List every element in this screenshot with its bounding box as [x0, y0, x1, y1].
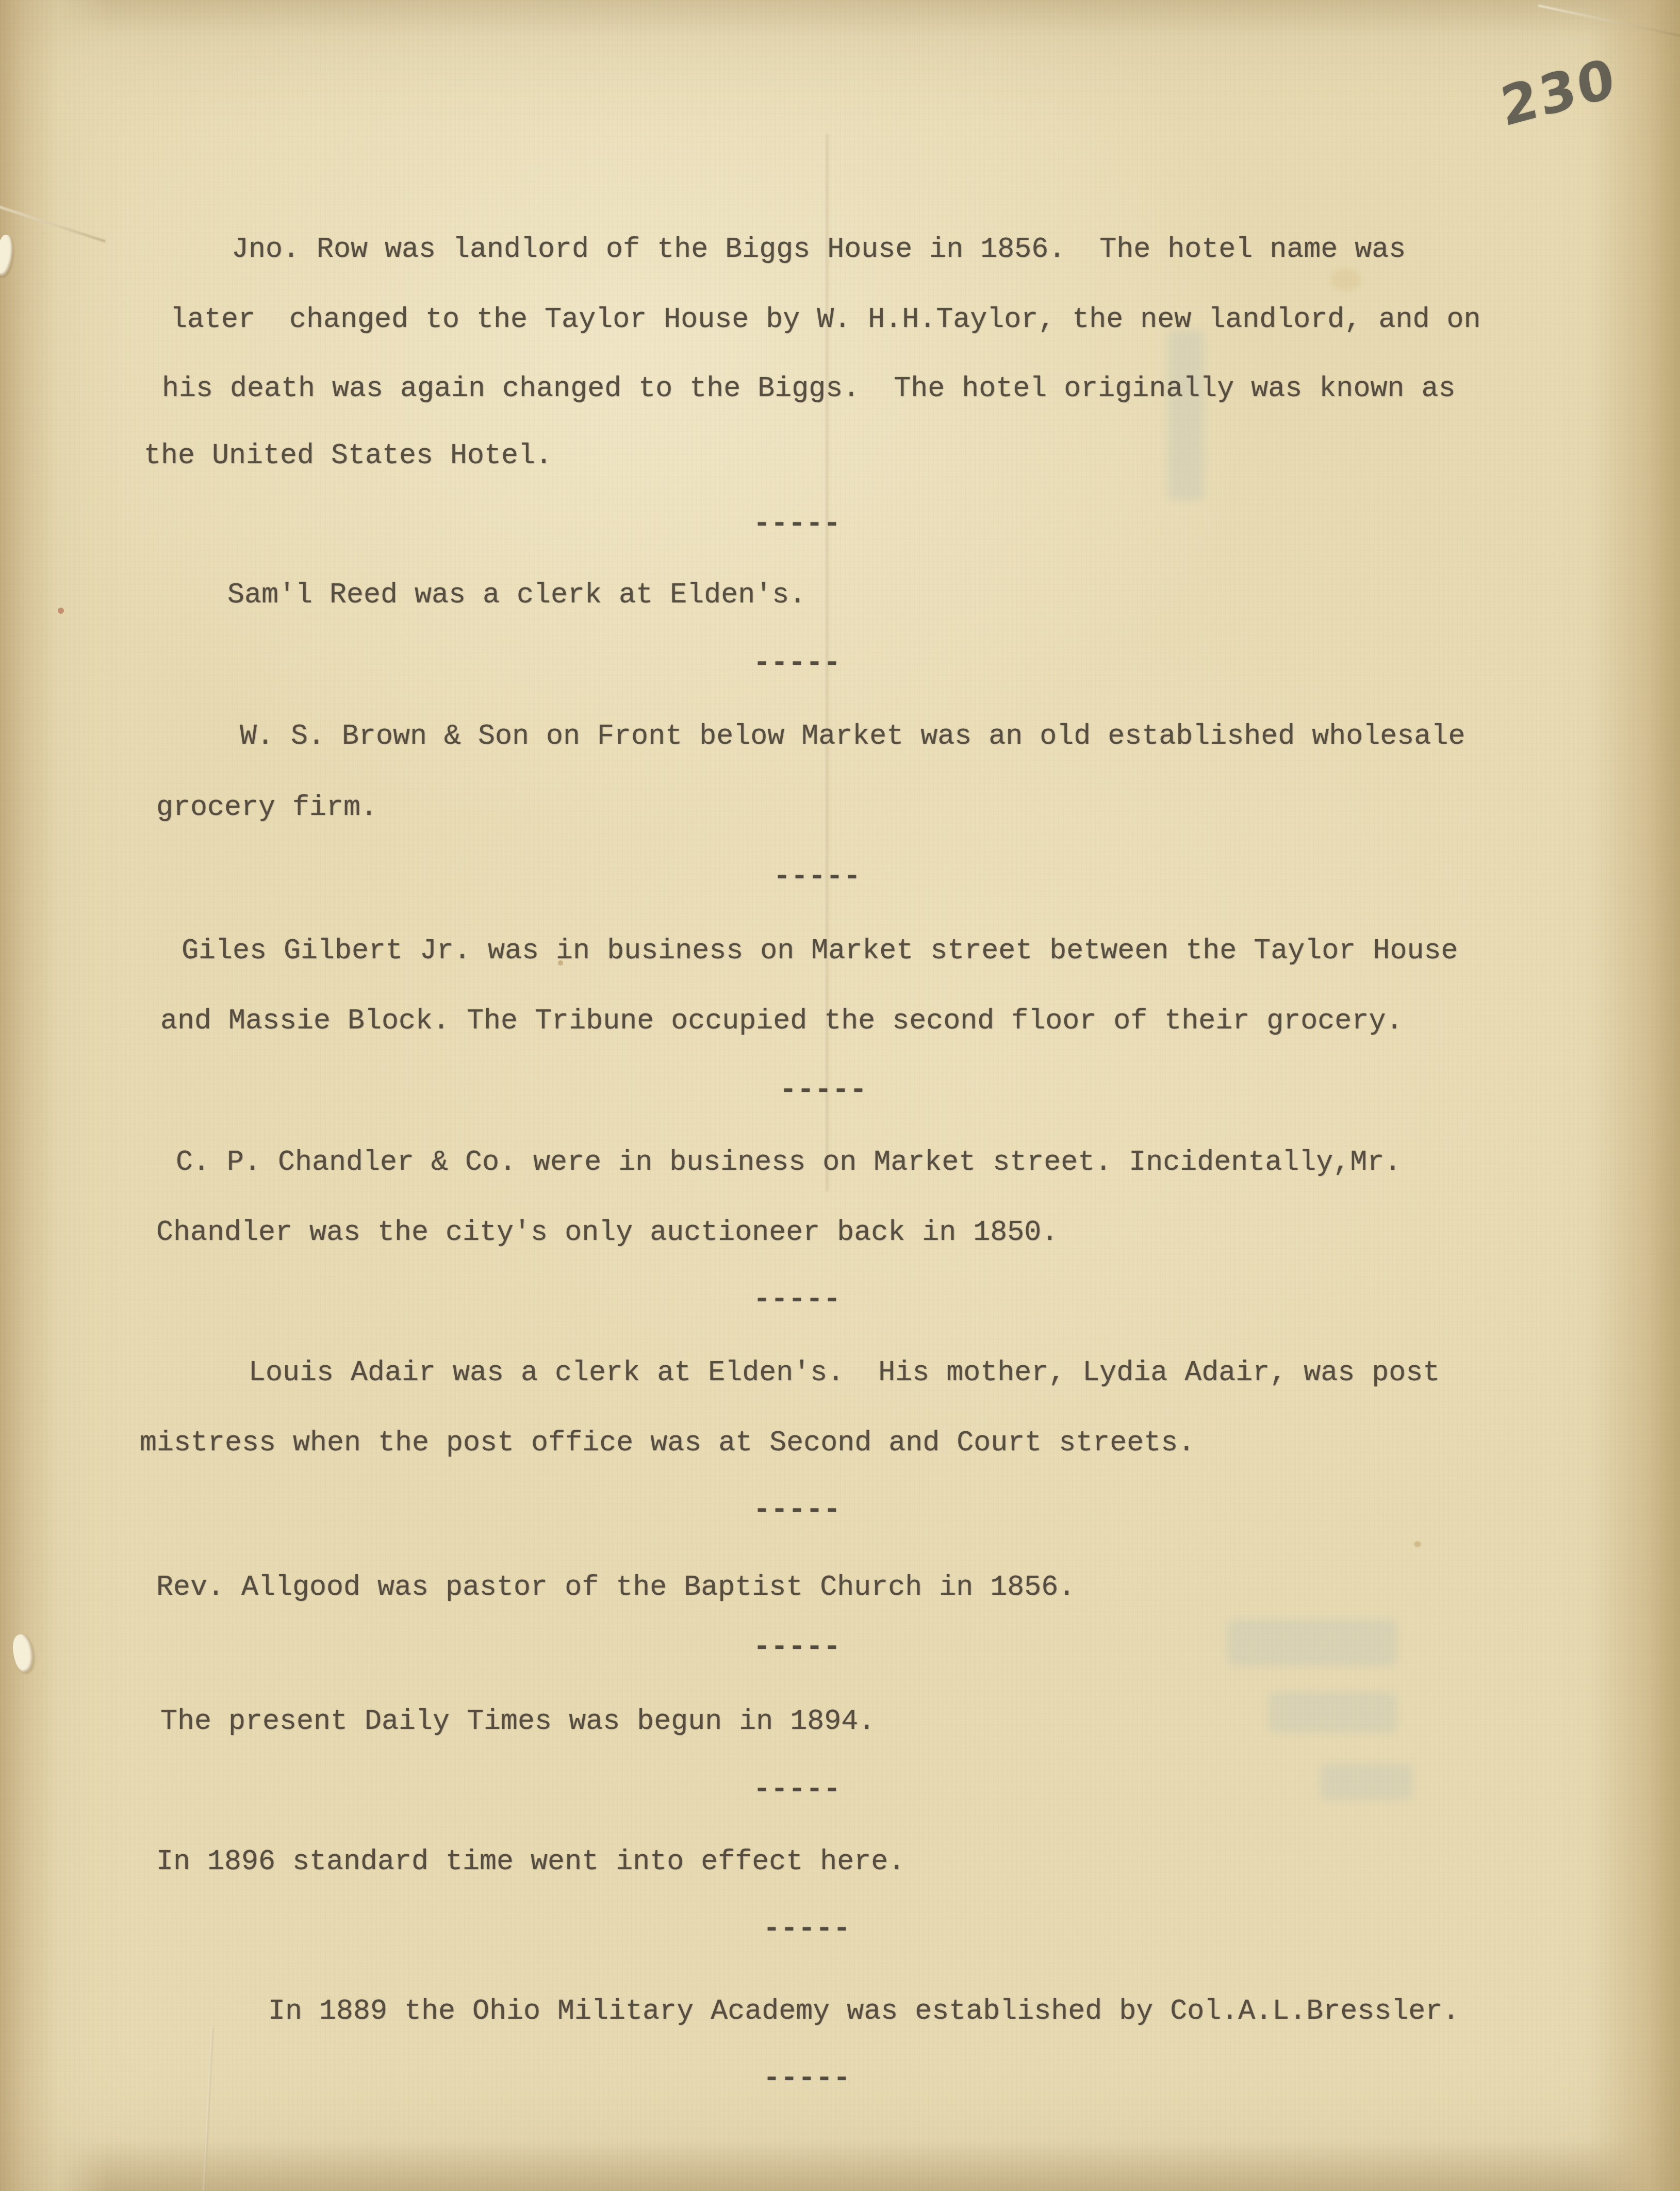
document-page: 230 Jno. Row was landlord of the Biggs H…	[0, 0, 1680, 2191]
typed-line: Giles Gilbert Jr. was in business on Mar…	[182, 935, 1458, 967]
top-right-corner-crease	[1538, 5, 1680, 39]
section-separator: -----	[763, 2064, 851, 2092]
paper-speck-brown-2	[1414, 1541, 1421, 1547]
typed-line: grocery firm.	[156, 791, 377, 824]
section-separator: -----	[763, 1915, 851, 1943]
typed-line: C. P. Chandler & Co. were in business on…	[176, 1146, 1401, 1179]
typed-line: The present Daily Times was begun in 189…	[160, 1705, 875, 1738]
typed-line: his death was again changed to the Biggs…	[162, 372, 1455, 405]
typed-line: the United States Hotel.	[144, 439, 552, 472]
typed-line: In 1889 the Ohio Military Academy was es…	[268, 1995, 1459, 2028]
bottom-left-crease	[203, 2027, 214, 2191]
ink-showthrough-lower-3	[1320, 1764, 1413, 1800]
typed-line: In 1896 standard time went into effect h…	[156, 1845, 905, 1878]
typed-line: Louis Adair was a clerk at Elden's. His …	[249, 1356, 1440, 1389]
typed-line: Sam'l Reed was a clerk at Elden's.	[227, 579, 806, 611]
section-separator: -----	[753, 1775, 841, 1804]
paper-stain-top	[1330, 268, 1361, 291]
section-separator: -----	[780, 1076, 867, 1104]
typed-line: and Massie Block. The Tribune occupied t…	[160, 1005, 1403, 1037]
handwritten-page-number: 230	[1496, 46, 1620, 139]
paper-speck-red	[58, 608, 64, 614]
typed-line: W. S. Brown & Son on Front below Market …	[240, 720, 1465, 753]
paper-tear-left-lower	[9, 1632, 38, 1674]
typed-line: Chandler was the city's only auctioneer …	[156, 1216, 1058, 1249]
section-separator: -----	[753, 1496, 841, 1524]
section-separator: -----	[773, 862, 861, 891]
section-separator: -----	[753, 510, 841, 538]
section-separator: -----	[753, 1285, 841, 1314]
typed-line: later changed to the Taylor House by W. …	[170, 303, 1480, 336]
ink-showthrough-lower-2	[1269, 1692, 1397, 1733]
typed-line: Jno. Row was landlord of the Biggs House…	[232, 233, 1406, 266]
top-left-corner-crease	[0, 204, 106, 243]
typed-line: mistress when the post office was at Sec…	[140, 1427, 1195, 1459]
ink-showthrough-upper	[1168, 330, 1204, 500]
section-separator: -----	[753, 1633, 841, 1661]
ink-showthrough-lower-1	[1227, 1620, 1397, 1666]
paper-tear-left-upper	[0, 234, 15, 276]
section-separator: -----	[753, 649, 841, 677]
typed-line: Rev. Allgood was pastor of the Baptist C…	[156, 1571, 1075, 1604]
